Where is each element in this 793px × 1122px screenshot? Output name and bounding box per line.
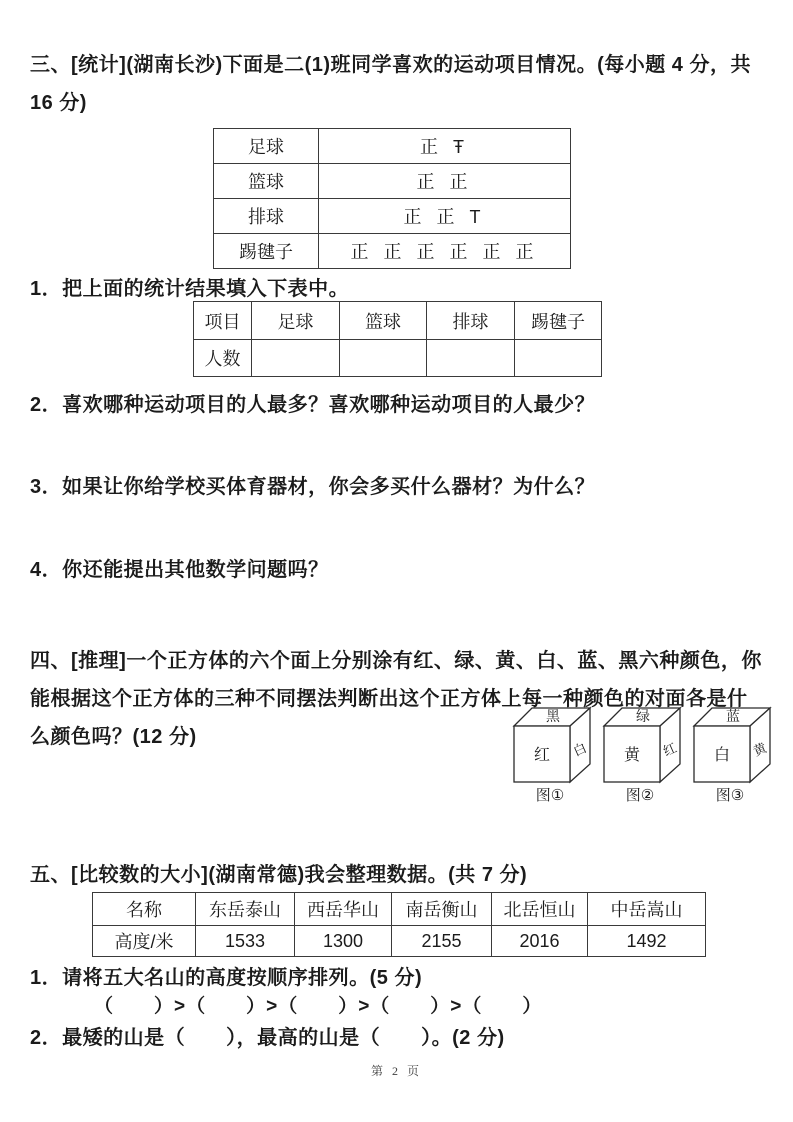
fill-in-table: 项目 足球 篮球 排球 踢毽子 人数 <box>193 301 602 377</box>
s5-q1-text: 1．请将五大名山的高度按顺序排列。(5 分) <box>30 966 765 990</box>
page-content: 三、[统计](湖南长沙)下面是二(1)班同学喜欢的运动项目情况。(每小题 4 分… <box>0 46 793 1050</box>
cube-top-label: 蓝 <box>726 708 740 724</box>
fill-row-label-cell: 人数 <box>194 340 252 377</box>
fill-header-cell: 排球 <box>427 302 515 340</box>
mountains-header-row: 名称 东岳泰山 西岳华山 南岳衡山 北岳恒山 中岳嵩山 <box>93 893 706 926</box>
answer-cell <box>515 340 602 377</box>
mountain-header-cell: 名称 <box>93 893 196 926</box>
cube-figure-3: 蓝 白 黄 图③ <box>692 702 774 804</box>
s3-q3-text: 3．如果让你给学校买体育器材，你会多买什么器材？为什么？ <box>30 475 765 499</box>
mountain-header-cell: 东岳泰山 <box>196 893 295 926</box>
answer-cell <box>340 340 427 377</box>
mountains-table: 名称 东岳泰山 西岳华山 南岳衡山 北岳恒山 中岳嵩山 高度/米 1533 13… <box>92 892 706 957</box>
sport-label-cell: 踢毽子 <box>214 234 319 269</box>
cube-top-label: 黑 <box>546 708 561 724</box>
tally-row: 排球 正 正 T <box>214 199 571 234</box>
tally-marks-cell: 正 Ŧ <box>319 129 571 164</box>
mountain-header-cell: 南岳衡山 <box>392 893 492 926</box>
fill-header-row: 项目 足球 篮球 排球 踢毽子 <box>194 302 602 340</box>
mountains-value-row: 高度/米 1533 1300 2155 2016 1492 <box>93 926 706 957</box>
s3-q2-text: 2．喜欢哪种运动项目的人最多？喜欢哪种运动项目的人最少？ <box>30 393 765 417</box>
cube-caption: 图① <box>536 787 564 804</box>
fill-answer-row: 人数 <box>194 340 602 377</box>
tally-marks-cell: 正 正 <box>319 164 571 199</box>
mountain-row-label-cell: 高度/米 <box>93 926 196 957</box>
tally-marks-cell: 正 正 T <box>319 199 571 234</box>
mountain-header-cell: 西岳华山 <box>295 893 392 926</box>
worksheet-page: 三、[统计](湖南长沙)下面是二(1)班同学喜欢的运动项目情况。(每小题 4 分… <box>0 0 793 1122</box>
mountain-height-cell: 1300 <box>295 926 392 957</box>
cube-figures: 黑 红 白 图① 绿 黄 红 图② <box>512 702 774 804</box>
sport-label-cell: 排球 <box>214 199 319 234</box>
answer-cell <box>252 340 340 377</box>
tally-row: 足球 正 Ŧ <box>214 129 571 164</box>
cube-caption: 图③ <box>716 787 744 804</box>
fill-header-cell: 足球 <box>252 302 340 340</box>
section4: 四、[推理]一个正方体的六个面上分别涂有红、绿、黄、白、蓝、黑六种颜色，你能根据… <box>30 642 765 756</box>
mountain-header-cell: 中岳嵩山 <box>588 893 706 926</box>
s5-q2-text: 2．最矮的山是（ ），最高的山是（ ）。(2 分) <box>30 1026 765 1050</box>
cube-figure-2: 绿 黄 红 图② <box>602 702 684 804</box>
tally-table: 足球 正 Ŧ 篮球 正 正 排球 正 正 T 踢毽子 正 正 正 正 正 正 <box>213 128 571 269</box>
section3-heading: 三、[统计](湖南长沙)下面是二(1)班同学喜欢的运动项目情况。(每小题 4 分… <box>30 46 765 122</box>
cube-front-label: 黄 <box>624 745 641 764</box>
sport-label-cell: 足球 <box>214 129 319 164</box>
cube-caption: 图② <box>626 787 654 804</box>
mountain-height-cell: 1492 <box>588 926 706 957</box>
s5-q1-blanks: （ ）>（ ）>（ ）>（ ）>（ ） <box>94 994 765 1020</box>
fill-header-cell: 踢毽子 <box>515 302 602 340</box>
mountain-height-cell: 1533 <box>196 926 295 957</box>
cube-front-label: 红 <box>534 746 550 764</box>
mountain-height-cell: 2016 <box>492 926 588 957</box>
tally-marks-cell: 正 正 正 正 正 正 <box>319 234 571 269</box>
cube-front-label: 白 <box>714 746 730 764</box>
answer-cell <box>427 340 515 377</box>
fill-header-cell: 篮球 <box>340 302 427 340</box>
tally-row: 踢毽子 正 正 正 正 正 正 <box>214 234 571 269</box>
sport-label-cell: 篮球 <box>214 164 319 199</box>
s3-q1-text: 1．把上面的统计结果填入下表中。 <box>30 277 765 301</box>
section5-heading: 五、[比较数的大小](湖南常德)我会整理数据。(共 7 分) <box>30 860 765 890</box>
mountain-header-cell: 北岳恒山 <box>492 893 588 926</box>
fill-header-cell: 项目 <box>194 302 252 340</box>
cube-figure-1: 黑 红 白 图① <box>512 702 594 804</box>
page-number: 第 2 页 <box>0 1062 793 1079</box>
cube-top-label: 绿 <box>636 708 650 724</box>
tally-row: 篮球 正 正 <box>214 164 571 199</box>
s3-q4-text: 4．你还能提出其他数学问题吗？ <box>30 558 765 582</box>
mountain-height-cell: 2155 <box>392 926 492 957</box>
